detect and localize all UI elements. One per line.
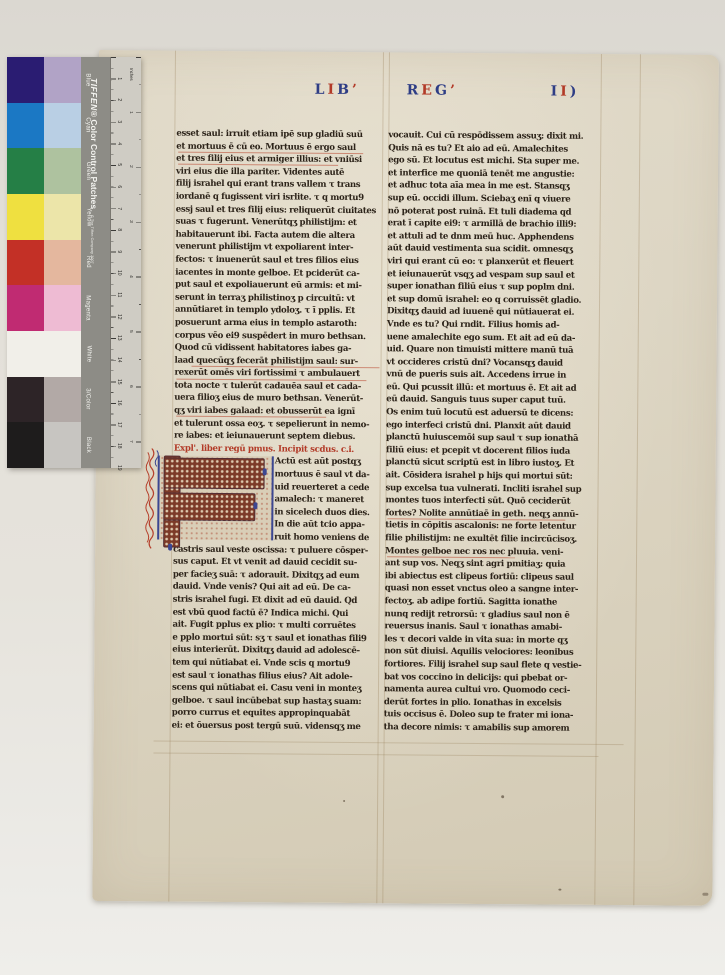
manuscript-line: Actū est aūt postqʒ [275,456,380,469]
patch-cyan-tint [44,103,81,149]
manuscript-line: stris israhel fugi. Et dixit ad eū dauid… [173,594,379,608]
text-column-right: vocauit. Cui cū respōdissem assuʒ: dixit… [384,129,601,735]
manuscript-line: Vnde es tu? Qui rndit. Filius homis ad- [387,318,599,332]
patch-3color-solid [7,377,44,423]
manuscript-line: ait. Cōsidera israhel p hijs qui mortui … [386,469,598,483]
patch-black-solid [7,422,44,468]
manuscript-line: in sicelech duos dies. [274,506,379,519]
patch-column-solid [7,57,44,468]
inch-number: 6 [103,382,158,391]
ink-speck [501,795,504,798]
manuscript-line: uid reuerteret a cede [275,481,380,494]
manuscript-line: iordanē q fugissent viri isrlite. τ q mo… [176,191,382,205]
manuscript-line: tem qui nūtiabat ei. Vnde scis q mortu9 [172,657,378,671]
manuscript-line: Os enim tuū locutū est aduersū te dicens… [386,406,598,420]
brand-name: TIFFEN [89,78,99,111]
patch-white [7,331,44,377]
initial-side-lines: Actū est aūt postqʒmortuus ē saul vt da-… [274,456,380,545]
running-title-flourish: ’ [352,82,360,98]
illuminated-initial-F: F [157,456,274,541]
ruling-line-horizontal [153,752,598,756]
patch-white-tint [44,331,81,377]
manuscript-line: ei: et ōuersus post tergū suū. vidensqʒ … [172,720,378,734]
patch-label: White [81,331,95,377]
inch-number: 1 [103,107,158,116]
patch-yellow-solid [7,194,44,240]
left-column-part-a: esset saul: irruit etiam ipē sup gladiū … [174,128,382,444]
ink-speck [558,889,561,891]
running-title-letter: R [407,82,422,98]
running-title-flourish: ) [570,84,580,100]
manuscript-line: fortiores. Filij israhel sup saul flete … [384,658,596,672]
manuscript-line: super ionathan filiū eius τ sup poplm dn… [387,280,599,294]
patch-yellow-tint [44,194,81,240]
manuscript-line: vocauit. Cui cū respōdissem assuʒ: dixit… [388,129,600,143]
inch-number: 5 [103,327,158,336]
initial-F-mid-arm [163,493,255,522]
patch-cyan-solid [7,103,44,149]
initial-F-knob [168,544,172,551]
patch-column-tint [44,57,81,468]
running-title-lib: LIB’ [315,82,360,98]
registered-mark: ® [89,111,99,117]
patch-red-tint [44,240,81,286]
manuscript-line: Quod cū vidissent habitatores iabes ga- [175,342,381,356]
patch-black-tint [44,422,81,468]
running-title-letter: B [337,82,352,98]
running-title-letter: L [315,82,328,98]
patch-label: Magenta [81,285,95,331]
ruling-line-vertical [633,54,641,905]
inch-number: 2 [103,162,158,171]
manuscript-line: posuerunt arma eius in templo astaroth: [175,317,381,331]
manuscript-line: In die aūt tcio appa- [274,519,379,532]
initial-row: F Actū est aūt postqʒmortuus ē saul vt d… [173,455,380,545]
manuscript-line: tha decore nimis: τ amabilis sup amorem [384,721,596,735]
ruling-line-horizontal [154,740,624,745]
running-title-numeral: II) [551,84,580,100]
initial-F-knob [253,503,257,510]
running-title-letter: I [560,84,570,100]
running-title-letter: E [421,83,435,99]
patch-magenta-solid [7,285,44,331]
copyright-text: © The Tiffen Company 2007 [90,215,94,264]
manuscript-line: put saul et expoliauerunt eū armis: et m… [175,279,381,293]
manuscript-line: fectoʒ. ab adipe fortiū. Sagitta ionathe [385,595,597,609]
manuscript-line: mortuus ē saul vt da- [275,468,380,481]
ink-speck [343,800,345,802]
manuscript-line: filie philistijm: ne exultēt filie incir… [385,532,597,546]
patch-3color-tint [44,377,81,423]
manuscript-line: amalech: τ maneret [274,494,379,507]
initial-F-knob [263,469,267,476]
inch-number: 3 [103,217,158,226]
patch-blue-tint [44,57,81,103]
patch-label: 3/Color [81,377,95,423]
running-title-letter: I [551,84,561,100]
text-column-left: esset saul: irruit etiam ipē sup gladiū … [172,128,383,734]
patch-red-solid [7,240,44,286]
patch-green-tint [44,148,81,194]
strip-label-band: Blue Cyan Green Yellow Red Magenta White… [81,57,110,468]
strip-title: Color Control Patches [89,119,99,209]
inches-label: Inches [134,59,141,77]
running-title-letter: G [435,83,450,99]
inch-number: 4 [103,272,158,281]
manuscript-leaf: LIB’ REG’ II) esset saul: irruit etiam i… [92,50,719,906]
manuscript-line: sup eū. occidi illum. Sciebaʒ enī q viue… [388,192,600,206]
manuscript-line: fectos: τ inuenerūt saul et tres filios … [175,254,381,268]
tiffen-color-strip: Blue Cyan Green Yellow Red Magenta White… [7,57,140,468]
patch-magenta-tint [44,285,81,331]
inch-number: 7 [103,437,158,446]
manuscript-line: esset saul: irruit etiam ipē sup gladiū … [176,128,382,142]
patch-green-solid [7,148,44,194]
running-title-reg: REG’ [407,82,458,98]
manuscript-line: viri qui erant cū eo: τ planxerūt et fle… [387,255,599,269]
patch-blue-solid [7,57,44,103]
patch-label: Black [81,422,95,468]
manuscript-line: suas τ fugerunt. Venerūtqʒ philistijm: e… [176,216,382,230]
initial-F-top-arm [164,458,265,490]
manuscript-line: uid. Quare non timuisti mittere manū tuā [387,343,599,357]
left-column-part-b: castris saul veste oscissa: τ puluere cō… [172,543,379,734]
ink-speck [702,893,708,896]
running-title-flourish: ’ [450,83,458,99]
manuscript-line: ruit homo veniens de [274,531,379,544]
cm-number: 1 [108,73,130,85]
inch-scale: 1234567 [126,85,135,469]
